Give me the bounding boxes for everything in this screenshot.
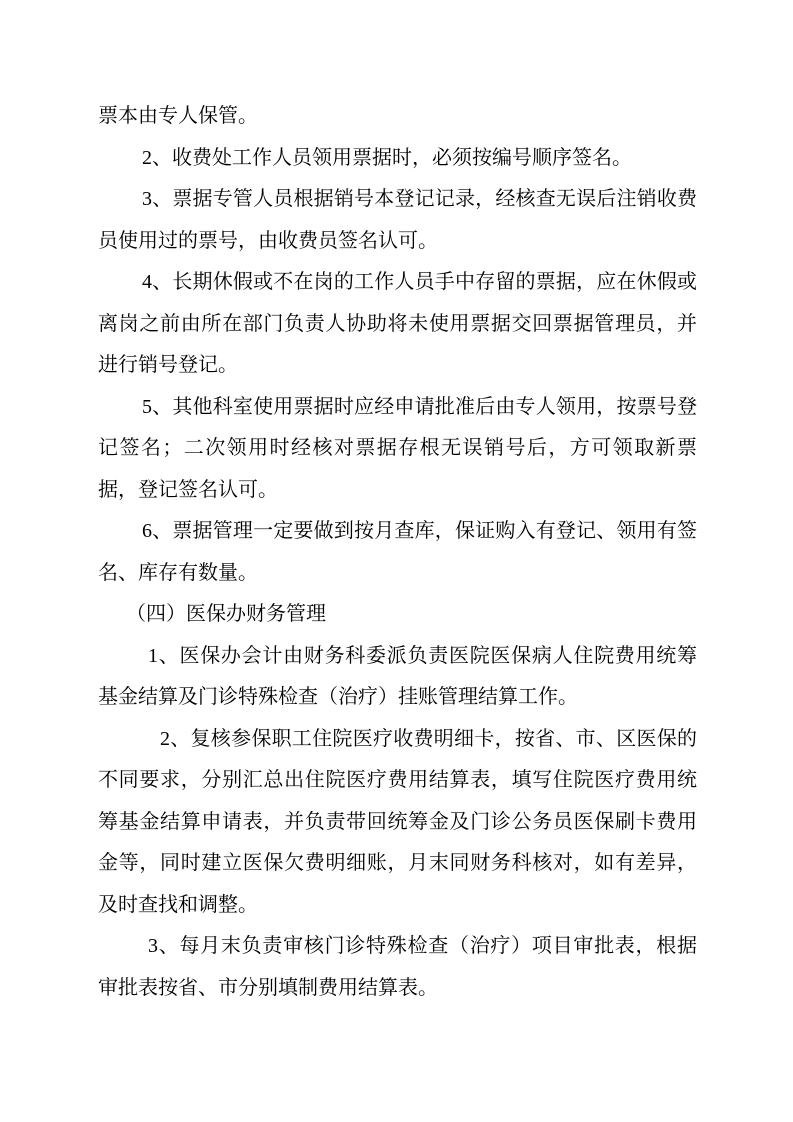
paragraph-item-4: 4、长期休假或不在岗的工作人员手中存留的票据，应在休假或离岗之前由所在部门负责人… (98, 262, 697, 387)
paragraph-section4-item-1: 1、医保办会计由财务科委派负责医院医保病人住院费用统筹基金结算及门诊特殊检查（治… (98, 636, 697, 719)
paragraph-item-2: 2、收费处工作人员领用票据时，必须按编号顺序签名。 (98, 138, 697, 180)
paragraph-item-6: 6、票据管理一定要做到按月查库，保证购入有登记、领用有签名、库存有数量。 (98, 511, 697, 594)
paragraph-section4-item-3: 3、每月末负责审核门诊特殊检查（治疗）项目审批表，根据审批表按省、市分别填制费用… (98, 926, 697, 1009)
paragraph-section4-item-2: 2、复核参保职工住院医疗收费明细卡，按省、市、区医保的不同要求，分别汇总出住院医… (98, 719, 697, 927)
paragraph-item-5: 5、其他科室使用票据时应经申请批准后由专人领用，按票号登记签名；二次领用时经核对… (98, 387, 697, 512)
document-page: 票本由专人保管。 2、收费处工作人员领用票据时，必须按编号顺序签名。 3、票据专… (0, 0, 793, 1122)
paragraph-item-3: 3、票据专管人员根据销号本登记记录，经核查无误后注销收费员使用过的票号，由收费员… (98, 179, 697, 262)
paragraph-continuation: 票本由专人保管。 (98, 96, 697, 138)
section-heading-four: （四）医保办财务管理 (98, 594, 697, 636)
